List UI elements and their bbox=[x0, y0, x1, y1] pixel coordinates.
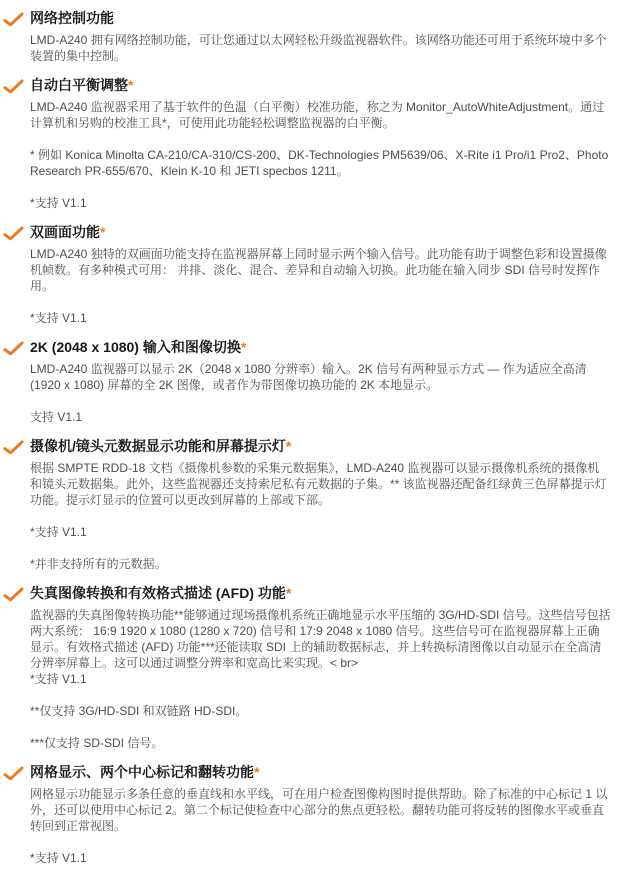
feature-paragraph: LMD-A240 独特的双画面功能支持在监视器屏幕上同时显示两个输入信号。此功能… bbox=[30, 246, 611, 294]
feature-content: 失真图像转换和有效格式描述 (AFD) 功能* 监视器的失真图像转换功能**能够… bbox=[30, 585, 613, 751]
feature-content: 网格显示、两个中心标记和翻转功能* 网格显示功能显示多条任意的垂直线和水平线，可… bbox=[30, 764, 613, 866]
feature-paragraphs: LMD-A240 拥有网络控制功能，可让您通过以太网轻松升级监视器软件。该网络功… bbox=[30, 32, 611, 64]
feature-title-asterisk: * bbox=[286, 585, 291, 601]
feature-title-text: 双画面功能 bbox=[30, 224, 100, 240]
feature-title: 网络控制功能 bbox=[30, 10, 611, 27]
feature-paragraph: LMD-A240 监视器可以显示 2K（2048 x 1080 分辨率）输入。2… bbox=[30, 361, 611, 393]
checkmark-icon bbox=[3, 341, 24, 356]
feature-title: 摄像机/镜头元数据显示功能和屏幕提示灯* bbox=[30, 438, 611, 455]
feature-paragraph: *支持 V1.1 bbox=[30, 524, 611, 540]
feature-paragraphs: 监视器的失真图像转换功能**能够通过现场摄像机系统正确地显示水平压缩的 3G/H… bbox=[30, 607, 611, 751]
feature-title-text: 自动白平衡调整 bbox=[30, 77, 128, 93]
bullet-column bbox=[2, 764, 30, 781]
feature-title: 失真图像转换和有效格式描述 (AFD) 功能* bbox=[30, 585, 611, 602]
feature-title-text: 网格显示、两个中心标记和翻转功能 bbox=[30, 764, 254, 780]
feature-paragraph: 网格显示功能显示多条任意的垂直线和水平线，可在用户检查图像构图时提供帮助。除了标… bbox=[30, 786, 611, 834]
checkmark-icon bbox=[3, 440, 24, 455]
feature-section-3: 双画面功能* LMD-A240 独特的双画面功能支持在监视器屏幕上同时显示两个输… bbox=[2, 224, 613, 326]
bullet-column bbox=[2, 438, 30, 455]
bullet-column bbox=[2, 10, 30, 27]
feature-paragraph: *并非支持所有的元数据。 bbox=[30, 556, 611, 572]
feature-paragraph: * 例如 Konica Minolta CA-210/CA-310/CS-200… bbox=[30, 147, 611, 179]
feature-title-asterisk: * bbox=[100, 224, 105, 240]
bullet-column bbox=[2, 339, 30, 356]
checkmark-icon bbox=[3, 587, 24, 602]
feature-paragraphs: 根据 SMPTE RDD-18 文档《摄像机参数的采集元数据集》，LMD-A24… bbox=[30, 460, 611, 572]
feature-list-page: 网络控制功能 LMD-A240 拥有网络控制功能，可让您通过以太网轻松升级监视器… bbox=[0, 0, 619, 887]
feature-section-7: 网格显示、两个中心标记和翻转功能* 网格显示功能显示多条任意的垂直线和水平线，可… bbox=[2, 764, 613, 866]
feature-title-text: 2K (2048 x 1080) 输入和图像切换 bbox=[30, 339, 241, 355]
feature-section-1: 网络控制功能 LMD-A240 拥有网络控制功能，可让您通过以太网轻松升级监视器… bbox=[2, 10, 613, 64]
feature-title-text: 网络控制功能 bbox=[30, 10, 114, 26]
feature-section-6: 失真图像转换和有效格式描述 (AFD) 功能* 监视器的失真图像转换功能**能够… bbox=[2, 585, 613, 751]
checkmark-icon bbox=[3, 226, 24, 241]
feature-paragraph: *支持 V1.1 bbox=[30, 850, 611, 866]
feature-paragraph: 监视器的失真图像转换功能**能够通过现场摄像机系统正确地显示水平压缩的 3G/H… bbox=[30, 607, 611, 687]
feature-paragraphs: LMD-A240 独特的双画面功能支持在监视器屏幕上同时显示两个输入信号。此功能… bbox=[30, 246, 611, 326]
feature-paragraph: 支持 V1.1 bbox=[30, 409, 611, 425]
feature-paragraph: ***仅支持 SD-SDI 信号。 bbox=[30, 735, 611, 751]
feature-content: 摄像机/镜头元数据显示功能和屏幕提示灯* 根据 SMPTE RDD-18 文档《… bbox=[30, 438, 613, 572]
bullet-column bbox=[2, 224, 30, 241]
checkmark-icon bbox=[3, 766, 24, 781]
feature-title-asterisk: * bbox=[286, 438, 291, 454]
feature-section-2: 自动白平衡调整* LMD-A240 监视器采用了基于软件的色温（白平衡）校准功能… bbox=[2, 77, 613, 211]
bullet-column bbox=[2, 585, 30, 602]
feature-paragraphs: LMD-A240 监视器可以显示 2K（2048 x 1080 分辨率）输入。2… bbox=[30, 361, 611, 425]
feature-title-asterisk: * bbox=[128, 77, 133, 93]
feature-section-4: 2K (2048 x 1080) 输入和图像切换* LMD-A240 监视器可以… bbox=[2, 339, 613, 425]
feature-paragraph: *支持 V1.1 bbox=[30, 310, 611, 326]
feature-content: 自动白平衡调整* LMD-A240 监视器采用了基于软件的色温（白平衡）校准功能… bbox=[30, 77, 613, 211]
feature-title: 自动白平衡调整* bbox=[30, 77, 611, 94]
checkmark-icon bbox=[3, 79, 24, 94]
feature-paragraph: 根据 SMPTE RDD-18 文档《摄像机参数的采集元数据集》，LMD-A24… bbox=[30, 460, 611, 508]
feature-title: 网格显示、两个中心标记和翻转功能* bbox=[30, 764, 611, 781]
feature-paragraph: LMD-A240 拥有网络控制功能，可让您通过以太网轻松升级监视器软件。该网络功… bbox=[30, 32, 611, 64]
feature-title: 2K (2048 x 1080) 输入和图像切换* bbox=[30, 339, 611, 356]
feature-paragraph: LMD-A240 监视器采用了基于软件的色温（白平衡）校准功能，称之为 Moni… bbox=[30, 99, 611, 131]
feature-paragraph: *支持 V1.1 bbox=[30, 195, 611, 211]
feature-section-5: 摄像机/镜头元数据显示功能和屏幕提示灯* 根据 SMPTE RDD-18 文档《… bbox=[2, 438, 613, 572]
feature-title-asterisk: * bbox=[241, 339, 246, 355]
feature-content: 双画面功能* LMD-A240 独特的双画面功能支持在监视器屏幕上同时显示两个输… bbox=[30, 224, 613, 326]
checkmark-icon bbox=[3, 12, 24, 27]
feature-content: 网络控制功能 LMD-A240 拥有网络控制功能，可让您通过以太网轻松升级监视器… bbox=[30, 10, 613, 64]
feature-paragraphs: LMD-A240 监视器采用了基于软件的色温（白平衡）校准功能，称之为 Moni… bbox=[30, 99, 611, 211]
bullet-column bbox=[2, 77, 30, 94]
feature-title-text: 摄像机/镜头元数据显示功能和屏幕提示灯 bbox=[30, 438, 286, 454]
feature-title-asterisk: * bbox=[254, 764, 259, 780]
feature-title: 双画面功能* bbox=[30, 224, 611, 241]
feature-content: 2K (2048 x 1080) 输入和图像切换* LMD-A240 监视器可以… bbox=[30, 339, 613, 425]
feature-paragraph: **仅支持 3G/HD-SDI 和双链路 HD-SDI。 bbox=[30, 703, 611, 719]
feature-paragraphs: 网格显示功能显示多条任意的垂直线和水平线，可在用户检查图像构图时提供帮助。除了标… bbox=[30, 786, 611, 866]
feature-title-text: 失真图像转换和有效格式描述 (AFD) 功能 bbox=[30, 585, 286, 601]
